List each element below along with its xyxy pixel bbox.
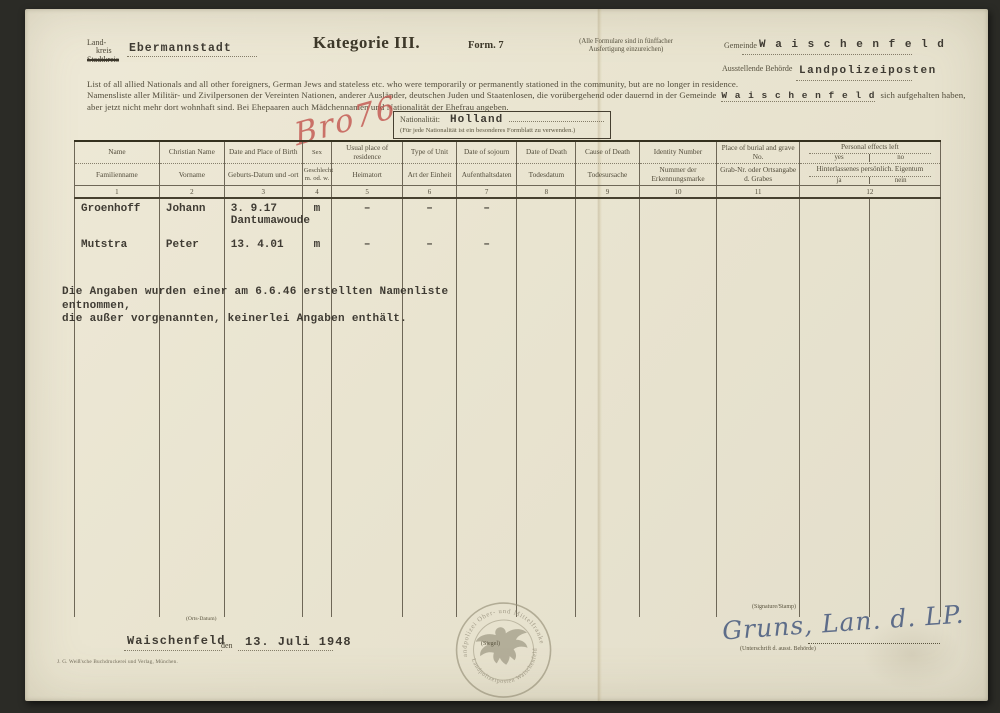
col-header-name-de: Familienname [75,164,160,186]
behoerde-label: Ausstellende Behörde [722,64,792,73]
col-number: 7 [456,186,517,198]
col-number: 1 [75,186,160,198]
empty-cell [639,198,717,235]
copies-note: (Alle Formulare sind in fünffacher Ausfe… [556,38,696,54]
cell-sex: m [302,235,331,261]
typed-note: Die Angaben wurden einer am 6.6.46 erste… [62,286,522,327]
nationality-box: Nationalität: Holland (Für jede National… [393,111,611,139]
empty-cell [639,261,717,617]
cell-name: Groenhoff [75,198,160,235]
behoerde-value: Landpolizeiposten [799,65,937,77]
col-header-todesdatum-de: Todesdatum [517,164,576,186]
landkreis-block: Land- kreis Stadtkreis [87,39,119,64]
col-header-sex-en: Sex [302,141,331,164]
intro-paragraph: List of all allied Nationals and all oth… [87,79,971,113]
register-table-wrap: Name Christian Name Date and Place of Bi… [74,140,941,617]
eigentum-ja-label: ja [809,177,870,185]
dotted-rule [124,650,222,651]
scanned-document: Land- kreis Stadtkreis Ebermannstadt Kat… [0,0,1000,713]
empty-cell [576,261,639,617]
cell-sojourn: – [456,198,517,235]
col-header-effects-en: Personal effects left yes no [799,141,940,164]
col-header-todesursache-de: Todesursache [576,164,639,186]
cell-residence: – [332,198,403,235]
gemeinde-value: W a i s c h e n f e l d [759,39,945,51]
col-number: 3 [224,186,302,198]
header-row-numbers: 1 2 3 4 5 6 7 8 9 10 11 12 [75,186,941,198]
empty-cell [799,235,870,261]
col-header-unit-en: Type of Unit [403,141,457,164]
eigentum-ja-nein: ja nein [809,176,931,185]
birth-date: 3. 9.17 [231,203,302,215]
cell-unit: – [403,235,457,261]
landkreis-label2: kreis [96,47,119,55]
page-title: Kategorie III. [313,33,420,53]
dotted-rule [127,56,257,57]
empty-cell [870,198,941,235]
effects-yes-label: yes [809,154,870,162]
cell-birth: 13. 4.01 [224,235,302,261]
nationality-value: Holland [450,114,503,126]
col-header-geburt-de: Geburts-Datum und -ort [224,164,302,186]
col-number: 6 [403,186,457,198]
register-table: Name Christian Name Date and Place of Bi… [74,140,941,617]
effects-yes-no: yes no [809,153,931,162]
dotted-leader [509,121,604,122]
dotted-rule [238,650,333,651]
col-number: 2 [159,186,224,198]
empty-cell [517,261,576,617]
col-header-erkennungsmarke-de: Nummer der Erkennungsmarke [639,164,717,186]
eigentum-label-de: Hinterlassenes persönlich. Eigentum [801,165,939,173]
stadtkreis-label: Stadtkreis [87,56,119,64]
col-header-sojourn-en: Date of sojourn [456,141,517,164]
col-header-vorname-de: Vorname [159,164,224,186]
empty-cell [717,235,799,261]
header-row-en: Name Christian Name Date and Place of Bi… [75,141,941,164]
form-number: Form. 7 [468,40,504,51]
col-header-burial-en: Place of burial and grave No. [717,141,799,164]
empty-cell [717,198,799,235]
intro-de-part1: Namensliste aller Militär- und Zivilpers… [87,90,716,101]
col-number: 8 [517,186,576,198]
cell-vorname: Johann [159,198,224,235]
col-header-aufenthalt-de: Aufenthaltsdaten [456,164,517,186]
signature-label-bottom: (Unterschrift d. ausst. Behörde) [740,646,816,652]
col-number: 12 [799,186,940,198]
cell-name: Mutstra [75,235,160,261]
cell-vorname: Peter [159,235,224,261]
ort-datum-label: (Orts-Datum) [186,616,216,622]
gemeinde-label: Gemeinde [724,41,757,50]
cell-birth: 3. 9.17 Dantumawoude [224,198,302,235]
empty-cell [799,198,870,235]
intro-line-de: Namensliste aller Militär- und Zivilpers… [87,90,971,103]
birth-place: Dantumawoude [231,215,302,227]
eigentum-nein-label: nein [869,177,931,185]
place-value: Waischenfeld [127,634,225,648]
date-value: 13. Juli 1948 [245,635,352,649]
birth-date: 13. 4.01 [231,239,302,251]
col-header-heimatort-de: Heimatort [332,164,403,186]
col-number: 11 [717,186,799,198]
col-header-eigentum-de: Hinterlassenes persönlich. Eigentum ja n… [799,164,940,186]
signature-label-top: (Signature/Stamp) [752,604,796,610]
empty-cell [870,261,941,617]
col-number: 10 [639,186,717,198]
col-number: 9 [576,186,639,198]
empty-cell [576,198,639,235]
dotted-rule [808,643,940,644]
col-header-death-cause-en: Cause of Death [576,141,639,164]
copies-note-line2: Ausfertigung einzureichen) [556,46,696,54]
dotted-rule [742,54,912,55]
cell-residence: – [332,235,403,261]
col-header-einheit-de: Art der Einheit [403,164,457,186]
col-header-residence-en: Usual place of residence [332,141,403,164]
cell-sojourn: – [456,235,517,261]
effects-label-en: Personal effects left [801,143,939,151]
col-header-name-en: Name [75,141,160,164]
official-stamp: Landpolizei Ober- und Mittelfranken Land… [444,591,563,713]
effects-no-label: no [869,154,931,162]
table-row: Groenhoff Johann 3. 9.17 Dantumawoude m … [75,198,941,235]
empty-cell [517,198,576,235]
col-header-christian-name-en: Christian Name [159,141,224,164]
typed-note-line2: die außer vorgenannten, keinerlei Angabe… [62,313,522,327]
empty-cell [639,235,717,261]
intro-de-part2: sich aufgehalten haben, [880,90,965,101]
col-number: 4 [302,186,331,198]
table-row: Mutstra Peter 13. 4.01 m – – – [75,235,941,261]
empty-cell [799,261,870,617]
den-label: den [221,641,233,650]
intro-line-en: List of all allied Nationals and all oth… [87,79,971,90]
col-header-birth-en: Date and Place of Birth [224,141,302,164]
stamp-graphic: Landpolizei Ober- und Mittelfranken Land… [444,591,562,709]
intro-gemeinde-value: W a i s c h e n f e l d [721,91,875,103]
col-header-death-date-en: Date of Death [517,141,576,164]
col-header-identity-en: Identity Number [639,141,717,164]
empty-cell [517,235,576,261]
empty-cell [870,235,941,261]
col-number: 5 [332,186,403,198]
col-header-grab-de: Grab-Nr. oder Ortsangabe d. Grabes [717,164,799,186]
printer-credit: J. G. Weiß'sche Buchdruckerei und Verlag… [57,659,178,665]
empty-cell [717,261,799,617]
nationality-note: (Für jede Nationalität ist ein besondere… [400,127,604,134]
col-header-geschlecht-de: Geschlecht m. od. w. [302,164,331,186]
cell-unit: – [403,198,457,235]
header-row-de: Familienname Vorname Geburts-Datum und -… [75,164,941,186]
typed-note-line1: Die Angaben wurden einer am 6.6.46 erste… [62,286,522,313]
copies-note-line1: (Alle Formulare sind in fünffacher [556,38,696,46]
landkreis-value: Ebermannstadt [129,42,232,55]
empty-cell [576,235,639,261]
nationality-label: Nationalität: [400,115,440,124]
siegel-label: (Siegel) [481,641,500,647]
